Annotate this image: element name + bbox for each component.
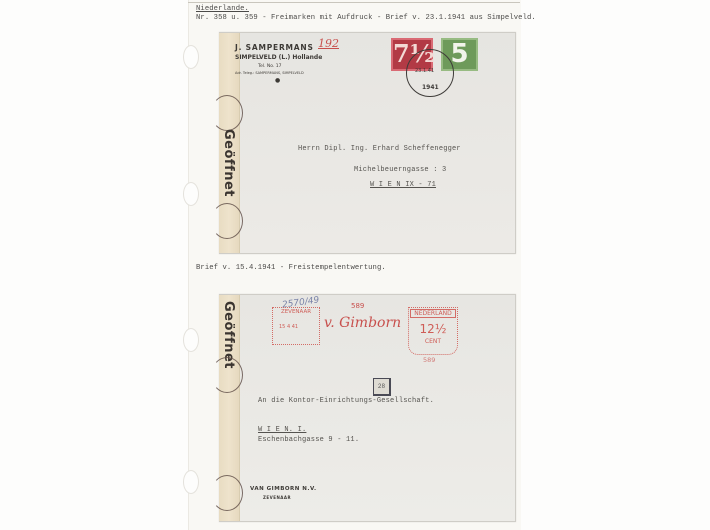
sender-city: SIMPELVELD (L.) Hollande [235, 54, 322, 61]
address-line-1: An die Kontor-Einrichtungs-Gesellschaft. [258, 397, 434, 405]
sender-city: ZEVENAAR [263, 495, 291, 500]
censor-tape-text: Geöffnet [221, 129, 236, 197]
caption-cover-2: Brief v. 15.4.1941 - Freistempelentwertu… [196, 264, 386, 272]
sender-emblem: ● [275, 77, 280, 84]
caption-cover-1: Nr. 358 u. 359 - Freimarken mit Aufdruck… [196, 14, 536, 22]
censor-tape: Geöffnet [219, 33, 240, 253]
sender-telegram: Adr. Teleg.: SAMPERMANS, SIMPELVELD [235, 71, 304, 75]
censor-stamp-ring [211, 203, 243, 239]
punch-hole [183, 328, 199, 352]
gimborn-logo: v. Gimborn [324, 315, 401, 331]
censor-stamp-ring [211, 95, 243, 131]
address-line-1: Herrn Dipl. Ing. Erhard Scheffenegger [298, 145, 461, 153]
postmark: 23.1.41 1941 [406, 49, 454, 97]
page-title: Niederlande. [196, 5, 249, 13]
punch-hole [183, 45, 199, 69]
address-line-3: W I E N IX - 71 [370, 181, 436, 189]
meter-number-top: 589 [351, 302, 364, 310]
address-line-3: Eschenbachgasse 9 - 11. [258, 436, 359, 444]
punch-hole [183, 470, 199, 494]
sender-name: J. SAMPERMANS [235, 43, 314, 52]
red-pencil-annotation: 192 [318, 37, 339, 50]
cover-2-envelope: Geöffnet 2570/49 589 ZEVENAAR 15 4 41 v.… [219, 294, 516, 522]
cover-1-envelope: Geöffnet J. SAMPERMANS SIMPELVELD (L.) H… [219, 32, 516, 254]
address-line-2: Michelbeuerngasse : 3 [354, 166, 446, 174]
censor-tape: Geöffnet [219, 295, 240, 521]
sender-tel: Tel. No. 17 [258, 64, 282, 69]
meter-value-box: NEDERLAND 12½ CENT [408, 307, 458, 355]
address-line-2: W I E N. I. [258, 426, 306, 434]
censor-number-box: 28 [373, 378, 391, 396]
censor-stamp-ring [211, 357, 243, 393]
sender-name: VAN GIMBORN N.V. [250, 486, 317, 492]
meter-number: 589 [423, 356, 435, 364]
meter-date-box: ZEVENAAR 15 4 41 [272, 307, 320, 345]
page-top-border [188, 2, 520, 3]
censor-stamp-ring [211, 475, 243, 511]
punch-hole [183, 182, 199, 206]
